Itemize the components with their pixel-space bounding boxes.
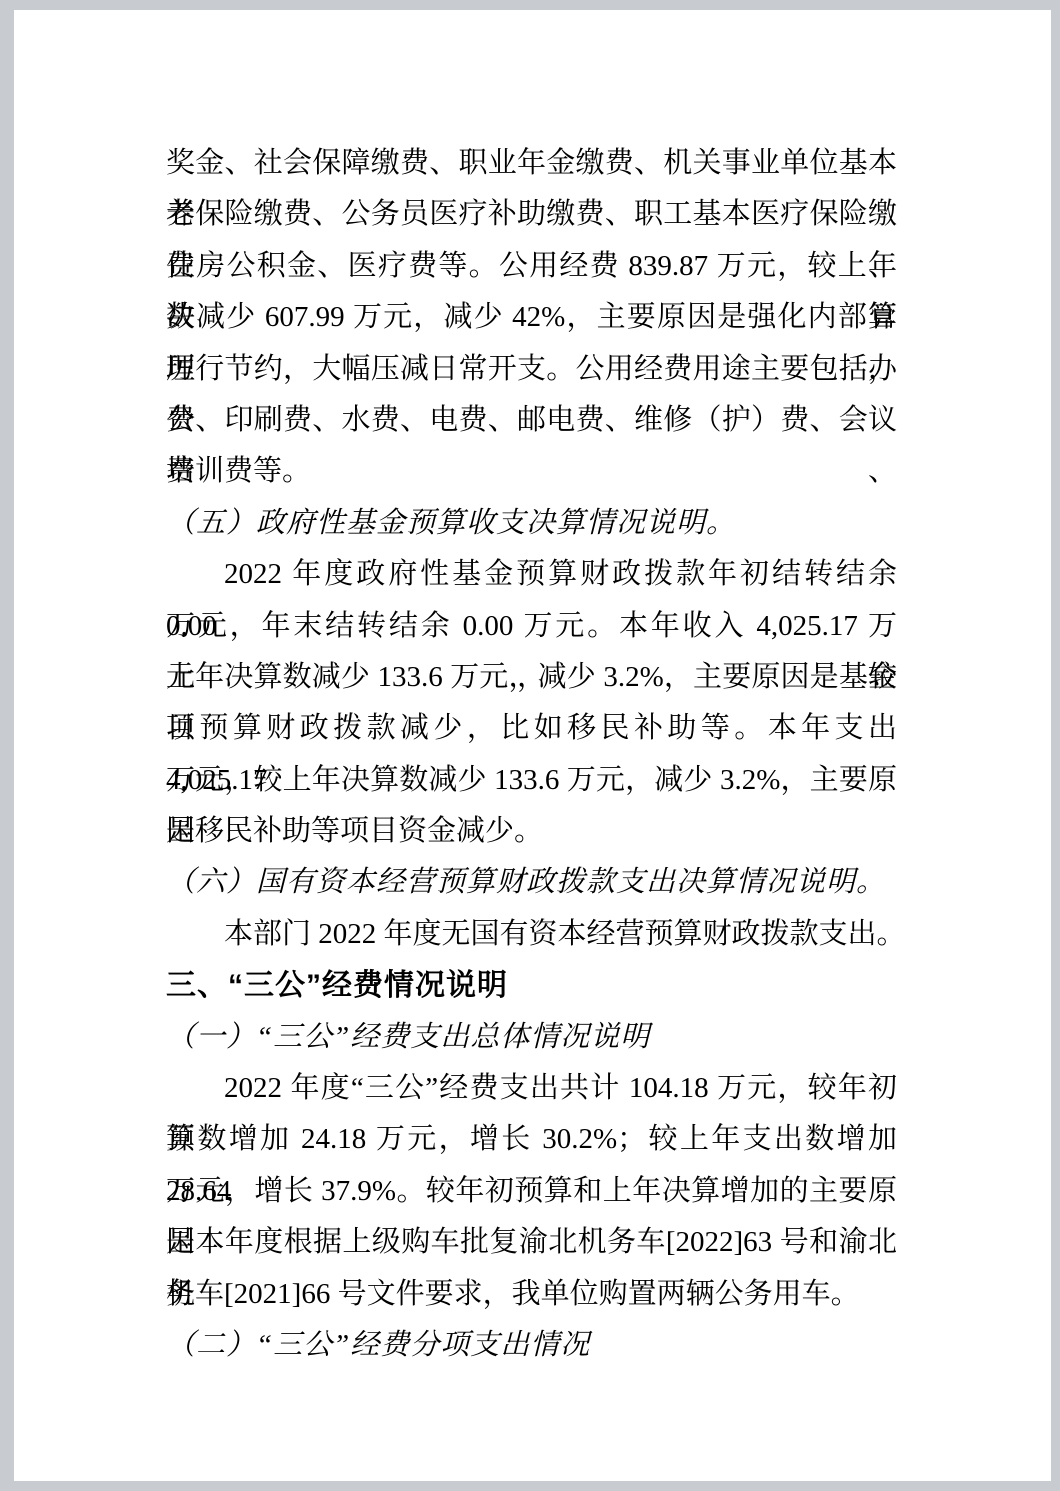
paragraph-general-expenses-line: 奖金、社会保障缴费、职业年金缴费、机关事业单位基本养	[166, 138, 897, 189]
paragraph-gov-fund-line: 是移民补助等项目资金减少。	[166, 806, 897, 857]
section-6-heading: （六）国有资本经营预算财政拨款支出决算情况说明。	[166, 857, 897, 908]
paragraph-general-expenses-line: 厉行节约，大幅压减日常开支。公用经费用途主要包括办公	[166, 344, 897, 395]
paragraph-three-public-line: 是本年度根据上级购车批复渝北机务车[2022]63 号和渝北机	[166, 1217, 897, 1268]
paragraph-gov-fund-line: 目预算财政拨款减少，比如移民补助等。本年支出 4,025.17	[166, 703, 897, 754]
paragraph-general-expenses-line: 费、印刷费、水费、电费、邮电费、维修（护）费、会议费、	[166, 395, 897, 446]
paragraph-general-expenses-line: 数减少 607.99 万元，减少 42%，主要原因是强化内部管理，	[166, 292, 897, 343]
subsection-1-heading: （一）“三公”经费支出总体情况说明	[166, 1012, 897, 1063]
paragraph-three-public-line: 算数增加 24.18 万元，增长 30.2%；较上年支出数增加 28.64	[166, 1114, 897, 1165]
section-5-heading: （五）政府性基金预算收支决算情况说明。	[166, 498, 897, 549]
paragraph-three-public-line: 务车[2021]66 号文件要求，我单位购置两辆公务用车。	[166, 1269, 897, 1320]
paragraph-general-expenses-line: 老保险缴费、公务员医疗补助缴费、职工基本医疗保险缴费、	[166, 189, 897, 240]
paragraph-gov-fund-line: 万元，较上年决算数减少 133.6 万元，减少 3.2%，主要原因	[166, 755, 897, 806]
paragraph-gov-fund-line: 万元，年末结转结余 0.00 万元。本年收入 4,025.17 万元，较	[166, 601, 897, 652]
paragraph-three-public-line: 万元，增长 37.9%。较年初预算和上年决算增加的主要原因	[166, 1166, 897, 1217]
part-3-heading: 三、“三公”经费情况说明	[166, 960, 897, 1011]
paragraph-soe-capital-line: 本部门 2022 年度无国有资本经营预算财政拨款支出。	[166, 909, 897, 960]
paragraph-gov-fund-line: 2022 年度政府性基金预算财政拨款年初结转结余 0.00	[166, 549, 897, 600]
paragraph-three-public-line: 2022 年度“三公”经费支出共计 104.18 万元，较年初预	[166, 1063, 897, 1114]
document-content: 奖金、社会保障缴费、职业年金缴费、机关事业单位基本养 老保险缴费、公务员医疗补助…	[166, 138, 897, 1371]
paragraph-gov-fund-line: 上年决算数减少 133.6 万元，减少 3.2%，主要原因是基金项	[166, 652, 897, 703]
subsection-2-heading: （二）“三公”经费分项支出情况	[166, 1320, 897, 1371]
paragraph-general-expenses-line: 住房公积金、医疗费等。公用经费 839.87 万元，较上年决算	[166, 241, 897, 292]
document-viewer: { "page": { "background_color": "#c8ccd1…	[0, 0, 1060, 1491]
document-page: 奖金、社会保障缴费、职业年金缴费、机关事业单位基本养 老保险缴费、公务员医疗补助…	[14, 10, 1051, 1481]
